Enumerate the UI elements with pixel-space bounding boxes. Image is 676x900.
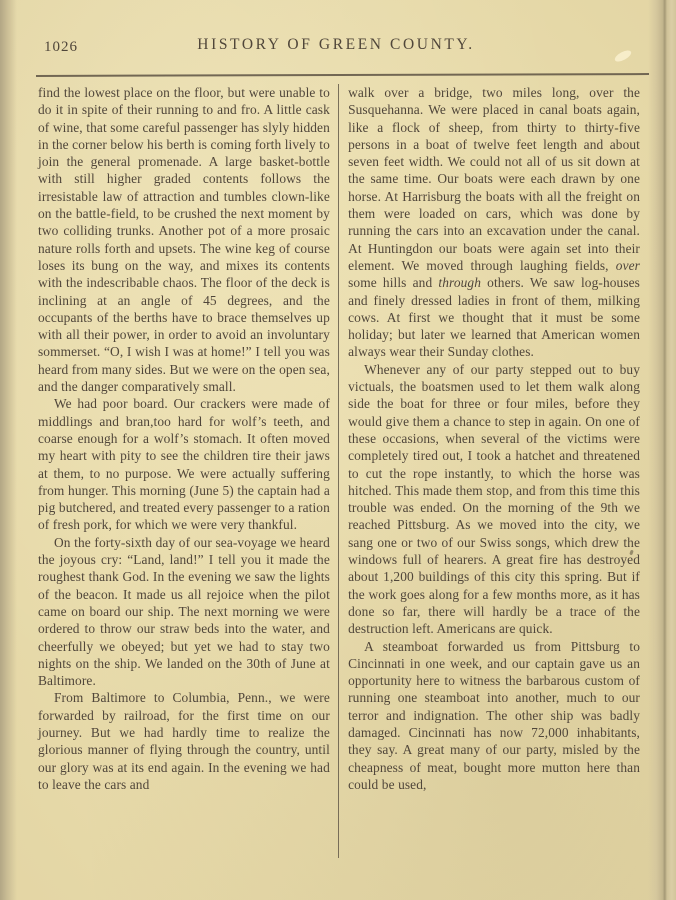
paragraph: walk over a bridge, two miles long, over… <box>348 84 640 361</box>
page-edge-shadow-right <box>648 0 676 900</box>
page-header: 1026 HISTORY OF GREEN COUNTY. <box>40 36 632 60</box>
paragraph: On the forty-sixth day of our sea-voyage… <box>38 534 330 690</box>
book-page: 1026 HISTORY OF GREEN COUNTY. find the l… <box>0 0 676 900</box>
paragraph: From Baltimore to Columbia, Penn., we we… <box>38 689 330 793</box>
page-edge-shadow-left <box>0 0 17 900</box>
paragraph: A steamboat forwarded us from Pittsburg … <box>348 638 640 794</box>
running-title: HISTORY OF GREEN COUNTY. <box>40 36 632 54</box>
paragraph: Whenever any of our party stepped out to… <box>348 361 640 638</box>
paragraph: We had poor board. Our crackers were mad… <box>38 395 330 533</box>
column-divider-rule <box>338 84 339 858</box>
header-rule <box>36 73 649 77</box>
left-column: find the lowest place on the floor, but … <box>38 84 330 858</box>
right-column: walk over a bridge, two miles long, over… <box>348 84 640 858</box>
text-columns: find the lowest place on the floor, but … <box>38 84 640 858</box>
paragraph: find the lowest place on the floor, but … <box>38 84 330 395</box>
page-number: 1026 <box>44 39 78 56</box>
